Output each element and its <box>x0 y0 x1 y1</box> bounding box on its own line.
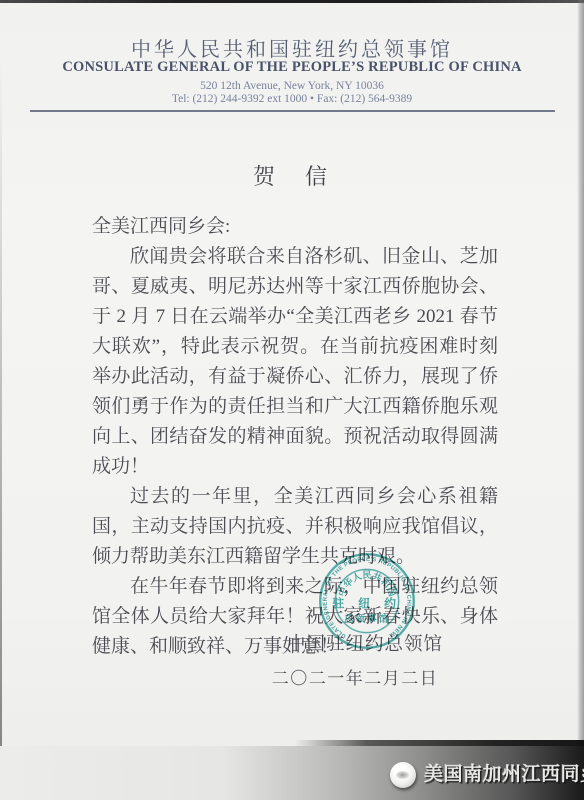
letter-date: 二〇二一年二月二日 <box>230 664 480 689</box>
seal-country-text: 中华人民共和国 <box>336 569 399 598</box>
consulate-address: 520 12th Avenue, New York, NY 10036 <box>0 80 584 92</box>
seal-city-text: 驻 纽 约 <box>332 596 401 610</box>
consulate-contact: Tel: (212) 244-9392 ext 1000 • Fax: (212… <box>0 93 584 105</box>
seal-office-text: 总领事馆 <box>344 613 390 625</box>
letter-title: 贺 信 <box>0 160 584 191</box>
letter-photo: 中华人民共和国驻纽约总领事馆 CONSULATE GENERAL OF THE … <box>0 0 584 800</box>
account-logo-icon <box>390 762 416 788</box>
photo-top-edge <box>0 0 584 3</box>
consulate-name-cn: 中华人民共和国驻纽约总领事馆 <box>0 33 584 62</box>
consulate-name-en: CONSULATE GENERAL OF THE PEOPLE’S REPUBL… <box>0 59 584 76</box>
wechat-account-footer: 美国南加州江西同乡会 <box>0 746 584 800</box>
consulate-seal-icon: CONSULATE GENERAL OF THE PEOPLE'S REPUBL… <box>312 546 422 656</box>
svg-text:中华人民共和国: 中华人民共和国 <box>336 569 399 598</box>
paragraph-1: 欣闻贵会将联合来自洛杉矶、旧金山、芝加哥、夏威夷、明尼苏达州等十家江西侨胞协会、… <box>92 242 498 482</box>
salutation: 全美江西同乡会: <box>92 212 498 242</box>
paragraph-2: 过去的一年里，全美江西同乡会心系祖籍国，主动支持国内抗疫、并积极响应我馆倡议，倾… <box>92 482 498 572</box>
account-name: 美国南加州江西同乡会 <box>424 759 584 786</box>
letter-body: 全美江西同乡会: 欣闻贵会将联合来自洛杉矶、旧金山、芝加哥、夏威夷、明尼苏达州等… <box>92 212 498 662</box>
photo-right-edge <box>577 0 584 748</box>
letterhead-divider <box>30 110 555 112</box>
